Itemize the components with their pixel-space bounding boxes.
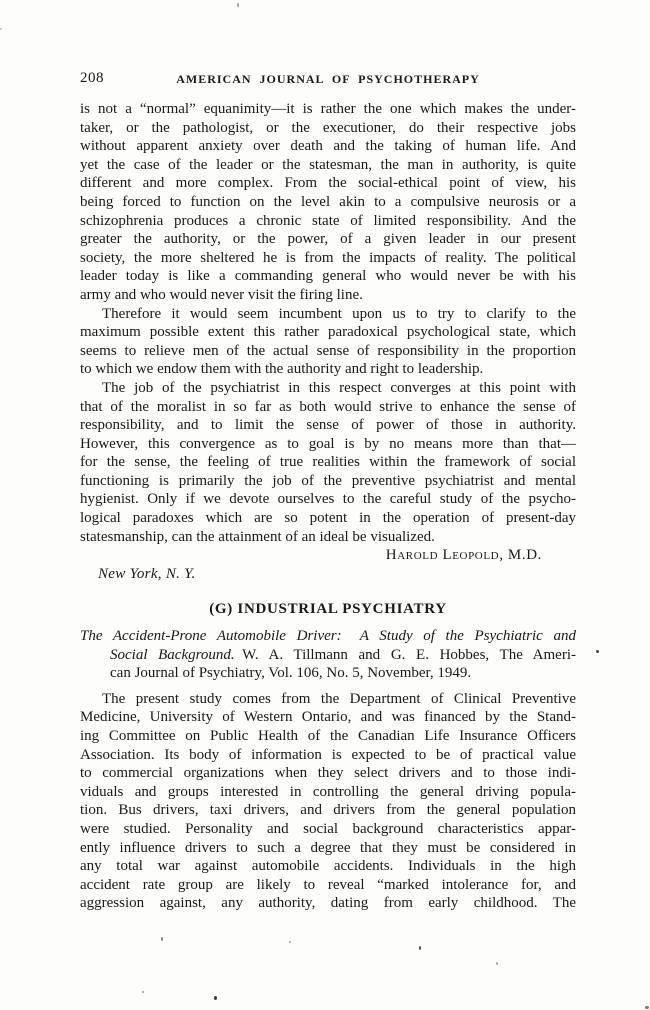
text-column: is not a “normal” equanimity—it is rathe…: [80, 100, 576, 913]
text-line: Medicine, University of Western Ontario,…: [80, 708, 576, 727]
text-line: ing Committee on Public Health of the Ca…: [80, 727, 576, 746]
citation-title-part: Social Background.: [110, 647, 235, 663]
scan-speck: [496, 962, 498, 965]
article-paragraph-continuation: is not a “normal” equanimity—it is rathe…: [80, 100, 576, 305]
text-line: leader today is like a commanding genera…: [80, 267, 576, 286]
text-line: to which we endow them with the authorit…: [80, 360, 576, 379]
text-line: Association. Its body of information is …: [80, 746, 576, 765]
text-line: different and more complex. From the soc…: [80, 174, 576, 193]
scanned-journal-page: 208 AMERICAN JOURNAL OF PSYCHOTHERAPY is…: [0, 0, 650, 1010]
scan-speck: [0, 28, 2, 30]
citation-line: Social Background. W. A. Tillmann and G.…: [80, 646, 576, 665]
text-line: seems to relieve men of the actual sense…: [80, 342, 576, 361]
page-number: 208: [80, 70, 104, 87]
scan-speck: [214, 996, 217, 1000]
text-line: schizophrenia produces a chronic state o…: [80, 212, 576, 231]
article-paragraph: Therefore it would seem incumbent upon u…: [80, 305, 576, 379]
text-line: taker, or the pathologist, or the execut…: [80, 119, 576, 138]
scan-speck: [161, 937, 163, 941]
text-line: to commercial organizations when they se…: [80, 764, 576, 783]
text-line: society, the more sheltered he is from t…: [80, 249, 576, 268]
running-head: 208 AMERICAN JOURNAL OF PSYCHOTHERAPY: [80, 70, 576, 88]
citation-source-part: can Journal of Psychiatry, Vol. 106, No.…: [110, 665, 471, 681]
scan-speck: [645, 1006, 649, 1009]
text-line: hygienist. Only if we devote ourselves t…: [80, 490, 576, 509]
author-signature: Harold Leopold, M.D.: [80, 546, 576, 565]
citation-title-part: The Accident-Prone Automobile Driver: A …: [80, 628, 576, 644]
text-line: for the sense, the feeling of true reali…: [80, 453, 576, 472]
text-line: ently influence drivers to such a degree…: [80, 839, 576, 858]
text-line: aggression against, any authority, datin…: [80, 894, 576, 913]
scan-speck: [142, 991, 144, 993]
text-line: functioning is primarily the job of the …: [80, 472, 576, 491]
citation-line: can Journal of Psychiatry, Vol. 106, No.…: [80, 664, 576, 683]
text-line: were studied. Personality and social bac…: [80, 820, 576, 839]
text-line: The job of the psychiatrist in this resp…: [80, 379, 576, 398]
text-line: responsibility, and to limit the sense o…: [80, 416, 576, 435]
scan-speck: [419, 946, 421, 950]
text-line: logical paradoxes which are so potent in…: [80, 509, 576, 528]
article-paragraph: The job of the psychiatrist in this resp…: [80, 379, 576, 546]
text-line: without apparent anxiety over death and …: [80, 137, 576, 156]
text-line: viduals and groups interested in control…: [80, 783, 576, 802]
text-line: accident rate group are likely to reveal…: [80, 876, 576, 895]
citation-line: The Accident-Prone Automobile Driver: A …: [80, 627, 576, 646]
text-line: maximum possible extent this rather para…: [80, 323, 576, 342]
text-line: that of the moralist in so far as both w…: [80, 398, 576, 417]
text-line: However, this convergence as to goal is …: [80, 435, 576, 454]
scan-speck: [237, 3, 239, 7]
text-line: any total war against automobile acciden…: [80, 857, 576, 876]
text-line: yet the case of the leader or the states…: [80, 156, 576, 175]
scan-speck: [289, 941, 291, 943]
text-line: Therefore it would seem incumbent upon u…: [80, 305, 576, 324]
citation-authors-part: W. A. Tillmann and G. E. Hobbes, The Ame…: [235, 647, 576, 663]
section-heading: (G) INDUSTRIAL PSYCHIATRY: [80, 600, 576, 619]
text-line: statesmanship, can the attainment of an …: [80, 528, 576, 547]
text-line: greater the authority, or the power, of …: [80, 230, 576, 249]
review-paragraph: The present study comes from the Departm…: [80, 690, 576, 913]
author-location: New York, N. Y.: [80, 565, 576, 584]
article-citation: The Accident-Prone Automobile Driver: A …: [80, 627, 576, 683]
scan-speck: [596, 650, 599, 653]
text-line: is not a “normal” equanimity—it is rathe…: [80, 100, 576, 119]
journal-title: AMERICAN JOURNAL OF PSYCHOTHERAPY: [176, 72, 480, 86]
text-line: tion. Bus drivers, taxi drivers, and dri…: [80, 801, 576, 820]
text-line: The present study comes from the Departm…: [80, 690, 576, 709]
text-line: being forced to function on the level ak…: [80, 193, 576, 212]
text-line: army and who would never visit the firin…: [80, 286, 576, 305]
